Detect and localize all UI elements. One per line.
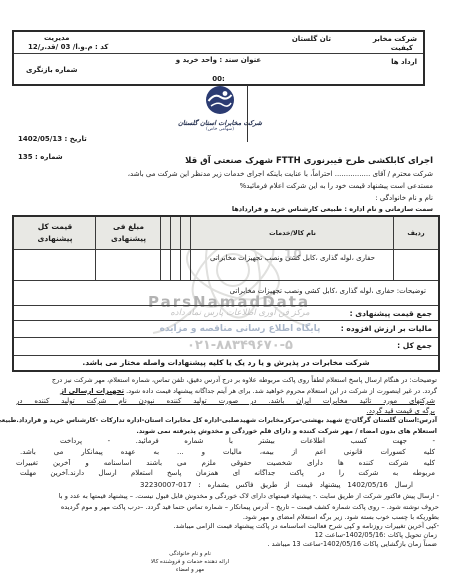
col-header-unit-price-l2: پیشنهادی <box>96 234 161 243</box>
name-label-line: نام و نام خانوادگی : <box>375 194 433 202</box>
grid-line <box>14 337 438 338</box>
col-header-item: نام کالا/خدمات <box>191 229 394 237</box>
col-header-unit-price-l1: مبلغ فی <box>96 222 161 231</box>
company-name-part2: تان گلستان <box>292 35 331 43</box>
note-p1-line3: شرکتهای مورد تائید مخابرات ایران باشد. د… <box>16 397 435 405</box>
logo-vertical-divider <box>247 85 248 142</box>
col-header-total-price-l2: پیشنهادی <box>14 234 96 243</box>
grand-total-label: جمع کل : <box>14 341 438 350</box>
note-p1-line1: توضیحات: در هنگام ارسال پاسخ استعلام لطف… <box>52 376 437 384</box>
signature-stamp-label: مهر و امضاء <box>128 566 252 574</box>
telecom-logo-icon <box>205 85 235 115</box>
mono-line-2: کلیه کسورات قانونی اعم از بیمه، مالیات و… <box>20 448 435 456</box>
mono-line-3: کلیه شرکت کننده ها دارای شخصیت حقوقی ملز… <box>16 459 435 467</box>
company-name-part1: شرکت مخابر <box>373 35 417 43</box>
col-header-total-price-l1: قیمت کل <box>14 222 96 231</box>
mono-line-5: ارسال 1402/05/16 پیشنهاد قیمت از طریق فا… <box>140 481 413 489</box>
note-p2-line3: بطوریکه با چسب خوب بسته شود. زیر برگه اس… <box>243 513 439 521</box>
header-divider <box>14 53 423 54</box>
signature-block: نام و نام خانوادگی ارائه دهنده خدمات و ف… <box>128 550 252 574</box>
vat-label: مالیات بر ارزش افزوده : <box>14 324 438 333</box>
signature-name-label: نام و نام خانوادگی <box>128 550 252 558</box>
note-p1-line2-text: گردد. در غیر اینصورت از شرکت در این استع… <box>124 387 437 395</box>
note-p2-line2: حروف نوشته شود. – روی پاکت شماره کشف قیم… <box>61 503 439 511</box>
grid-line <box>14 249 438 250</box>
logo-company-name: شرکت مخابرات استان گلستان <box>170 119 270 127</box>
note-p1-line2-underlined: تجهیزات ارسالی از <box>60 387 124 395</box>
revision-label: شماره بازنگری <box>26 66 78 74</box>
note-p1-line2: گردد. در غیر اینصورت از شرکت در این استع… <box>60 387 437 395</box>
revision-value: 00: <box>14 75 423 83</box>
number-field: شماره : 135 <box>18 153 63 161</box>
grid-line <box>14 320 438 321</box>
item-description-cell: حفاری ،لوله گذاری ،کابل کشی ونصب تجهیزات… <box>195 253 390 263</box>
delivery-time-line: زمان تحویل پاکات :1402/05/16-ساعت 12 <box>315 531 437 539</box>
signature-provider-label: ارائه دهنده خدمات و فروشنده کالا <box>128 558 252 566</box>
invalid-note-line: استعلام های بدون امضاء / مهر شرکت کننده … <box>136 427 437 435</box>
doc-code: کد : م.و.ا/ 03 /قد.ر/12 <box>28 43 108 51</box>
scanned-inquiry-document: شرکت مخابر تان گلستان کیفیت مدیریت کد : … <box>0 0 449 576</box>
date-field: تاریخ : 1402/05/13 <box>18 135 87 143</box>
grid-line <box>14 305 438 306</box>
greeting-line: شرکت محترم / آقای ................ احترا… <box>128 170 433 178</box>
doc-title: عنوان سند : واحد خرید و <box>14 56 423 64</box>
note-p1-line4: برگه ی قیمت قید گردد. <box>367 407 435 415</box>
quality-label: کیفیت <box>391 44 413 52</box>
opening-time-line: ضمناً زمان بازگشایی پاکات 1402/05/16-ساع… <box>267 540 437 548</box>
company-logo-block: شرکت مخابرات استان گلستان (سهامی خاص) <box>170 85 270 132</box>
price-inquiry-table: ردیف نام کالا/خدمات مبلغ فی پیشنهادی قیم… <box>12 215 440 372</box>
grid-line <box>14 355 438 356</box>
mono-line-1: - جهت کسب اطلاعات بیشتر با شماره فرمائید… <box>60 437 435 445</box>
rights-note-row: شرکت مخابرات در پذیرش و یا رد یک یا کلیه… <box>14 358 438 367</box>
note-p2-line4: -کپی آخرین تغییرات روزنامه و کپی شرح فعا… <box>173 522 439 530</box>
logo-subtitle: (سهامی خاص) <box>170 127 270 132</box>
subject-line: اجرای کابلکشی طرح فیبرنوری FTTH شهرک صنع… <box>185 156 433 166</box>
document-header-box: شرکت مخابر تان گلستان کیفیت مدیریت کد : … <box>12 30 425 86</box>
grid-line <box>14 280 438 281</box>
sum-proposed-label: جمع قیمت پیشنهادی : <box>14 309 438 318</box>
col-header-row: ردیف <box>394 229 438 237</box>
request-line: مستدعی است پیشنهاد قیمت خود را به این شر… <box>240 182 433 190</box>
address-line: آدرس:استان گلستان گرگان-خ شهید بهشتی-مرک… <box>0 417 437 424</box>
note-p2-line1: - ارسال پیش فاکتور شرکت از طریق سایت .- … <box>59 492 439 500</box>
mono-line-4: مربوطه به شرکت را در پاکت جداگانه ای همز… <box>20 469 435 477</box>
management-label: مدیریت <box>44 34 69 42</box>
table-description-row: توضیحات: حفاری ،لوله گذاری ،کابل کشی ونص… <box>14 287 438 295</box>
